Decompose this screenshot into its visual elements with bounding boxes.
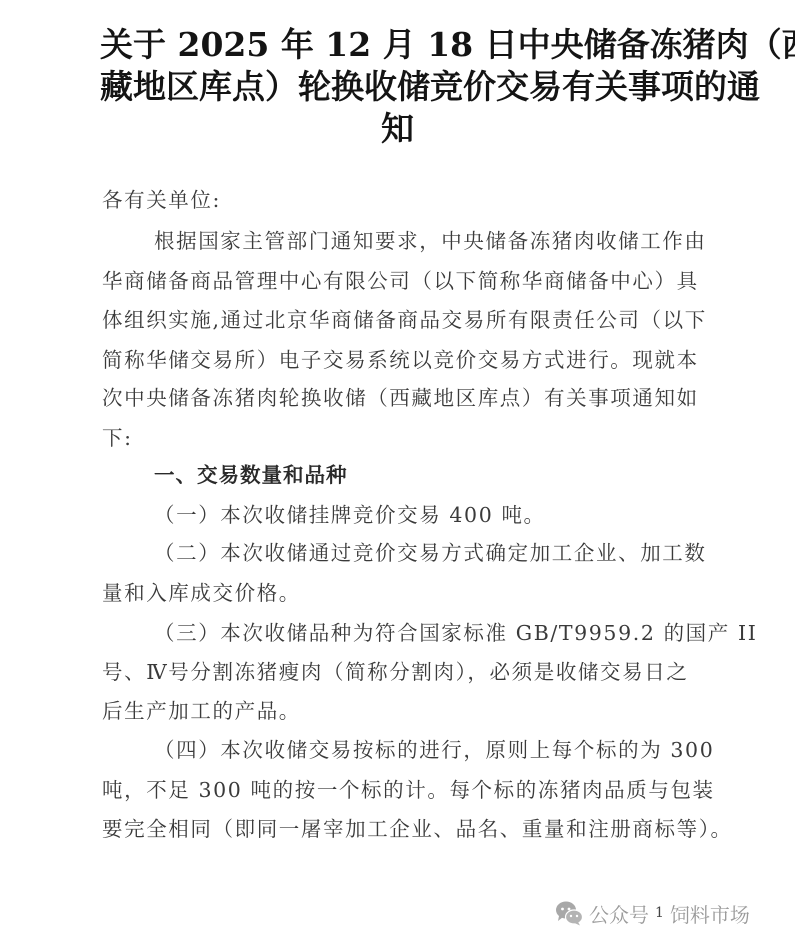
intro-line-3: 体组织实施,通过北京华商储备商品交易所有限责任公司（以下 [102, 307, 707, 333]
section-heading-1: 一、交易数量和品种 [154, 462, 348, 488]
item-2-line-2: 量和入库成交价格。 [102, 580, 301, 606]
item-3-line-2: 号、Ⅳ号分割冻猪瘦肉（简称分割肉），必须是收储交易日之 [102, 659, 688, 685]
intro-line-6: 下: [102, 425, 133, 451]
watermark-separator: 1 [655, 905, 664, 921]
title-line-2: 藏地区库点）轮换收储竞价交易有关事项的通 [100, 66, 695, 108]
item-4-line-1: （四）本次收储交易按标的进行，原则上每个标的为 300 [154, 737, 714, 763]
watermark-label: 公众号 [589, 899, 649, 928]
item-4-line-3: 要完全相同（即同一屠宰加工企业、品名、重量和注册商标等）。 [102, 816, 733, 842]
watermark: 公众号 1 饲料市场 [555, 897, 750, 929]
title-line-3: 知 [100, 108, 695, 150]
document-title: 关于 2025 年 12 月 18 日中央储备冻猪肉（西 藏地区库点）轮换收储竞… [100, 24, 695, 150]
item-4-line-2: 吨，不足 300 吨的按一个标的计。每个标的冻猪肉品质与包装 [102, 777, 715, 803]
watermark-account: 饲料市场 [670, 899, 750, 928]
item-2-line-1: （二）本次收储通过竞价交易方式确定加工企业、加工数 [154, 540, 707, 566]
intro-line-2: 华商储备商品管理中心有限公司（以下简称华商储备中心）具 [102, 268, 699, 294]
title-line-1: 关于 2025 年 12 月 18 日中央储备冻猪肉（西 [100, 24, 695, 66]
item-1-line-1: （一）本次收储挂牌竞价交易 400 吨。 [154, 502, 546, 528]
item-3-line-1: （三）本次收储品种为符合国家标准 GB/T9959.2 的国产 II [154, 620, 757, 646]
salutation: 各有关单位: [102, 187, 221, 213]
item-3-line-3: 后生产加工的产品。 [102, 698, 301, 724]
intro-line-1: 根据国家主管部门通知要求，中央储备冻猪肉收储工作由 [154, 228, 707, 254]
intro-line-5: 次中央储备冻猪肉轮换收储（西藏地区库点）有关事项通知如 [102, 385, 699, 411]
document-page: 关于 2025 年 12 月 18 日中央储备冻猪肉（西 藏地区库点）轮换收储竞… [0, 0, 795, 944]
intro-line-4: 简称华储交易所）电子交易系统以竞价交易方式进行。现就本 [102, 347, 699, 373]
wechat-icon [555, 900, 583, 926]
